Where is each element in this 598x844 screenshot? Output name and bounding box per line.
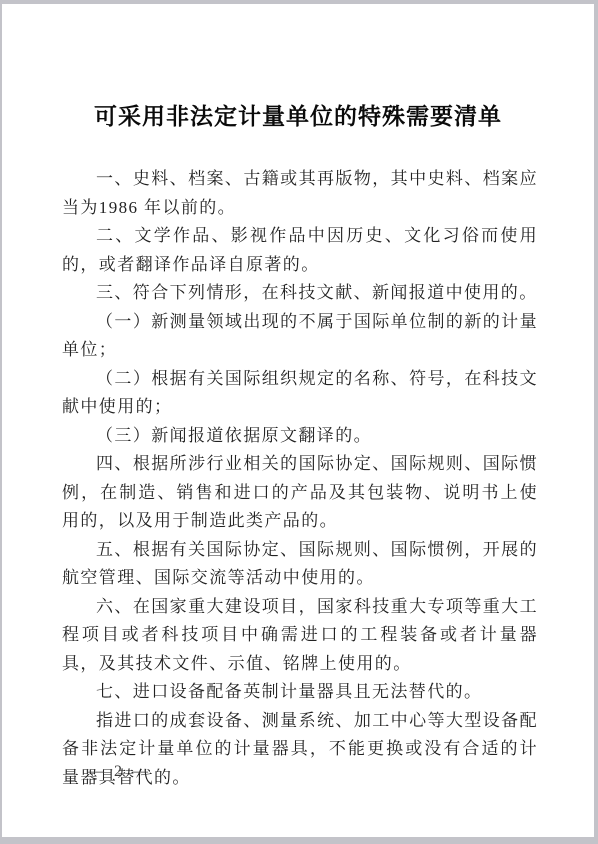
paragraph: 三、符合下列情形，在科技文献、新闻报道中使用的。 xyxy=(62,279,538,308)
paragraph: 四、根据所涉行业相关的国际协定、国际规则、国际惯例，在制造、销售和进口的产品及其… xyxy=(62,450,538,536)
paragraph: （二）根据有关国际组织规定的名称、符号，在科技文献中使用的； xyxy=(62,365,538,422)
paragraph: 五、根据有关国际协定、国际规则、国际惯例，开展的航空管理、国际交流等活动中使用的… xyxy=(62,536,538,593)
document-page: 可采用非法定计量单位的特殊需要清单 一、史料、档案、古籍或其再版物，其中史料、档… xyxy=(2,4,594,837)
page-title: 可采用非法定计量单位的特殊需要清单 xyxy=(2,4,594,131)
page-number: — 2 — xyxy=(88,763,151,781)
paragraph: 一、史料、档案、古籍或其再版物，其中史料、档案应当为1986 年以前的。 xyxy=(62,165,538,222)
paragraph: 六、在国家重大建设项目，国家科技重大专项等重大工程项目或者科技项目中确需进口的工… xyxy=(62,593,538,679)
paragraph: 二、文学作品、影视作品中因历史、文化习俗而使用的，或者翻译作品译自原著的。 xyxy=(62,222,538,279)
paragraph: 七、进口设备配备英制计量器具且无法替代的。 xyxy=(62,678,538,707)
paragraph: （一）新测量领域出现的不属于国际单位制的新的计量单位； xyxy=(62,308,538,365)
document-body: 一、史料、档案、古籍或其再版物，其中史料、档案应当为1986 年以前的。二、文学… xyxy=(62,165,538,792)
paragraph: （三）新闻报道依据原文翻译的。 xyxy=(62,422,538,451)
